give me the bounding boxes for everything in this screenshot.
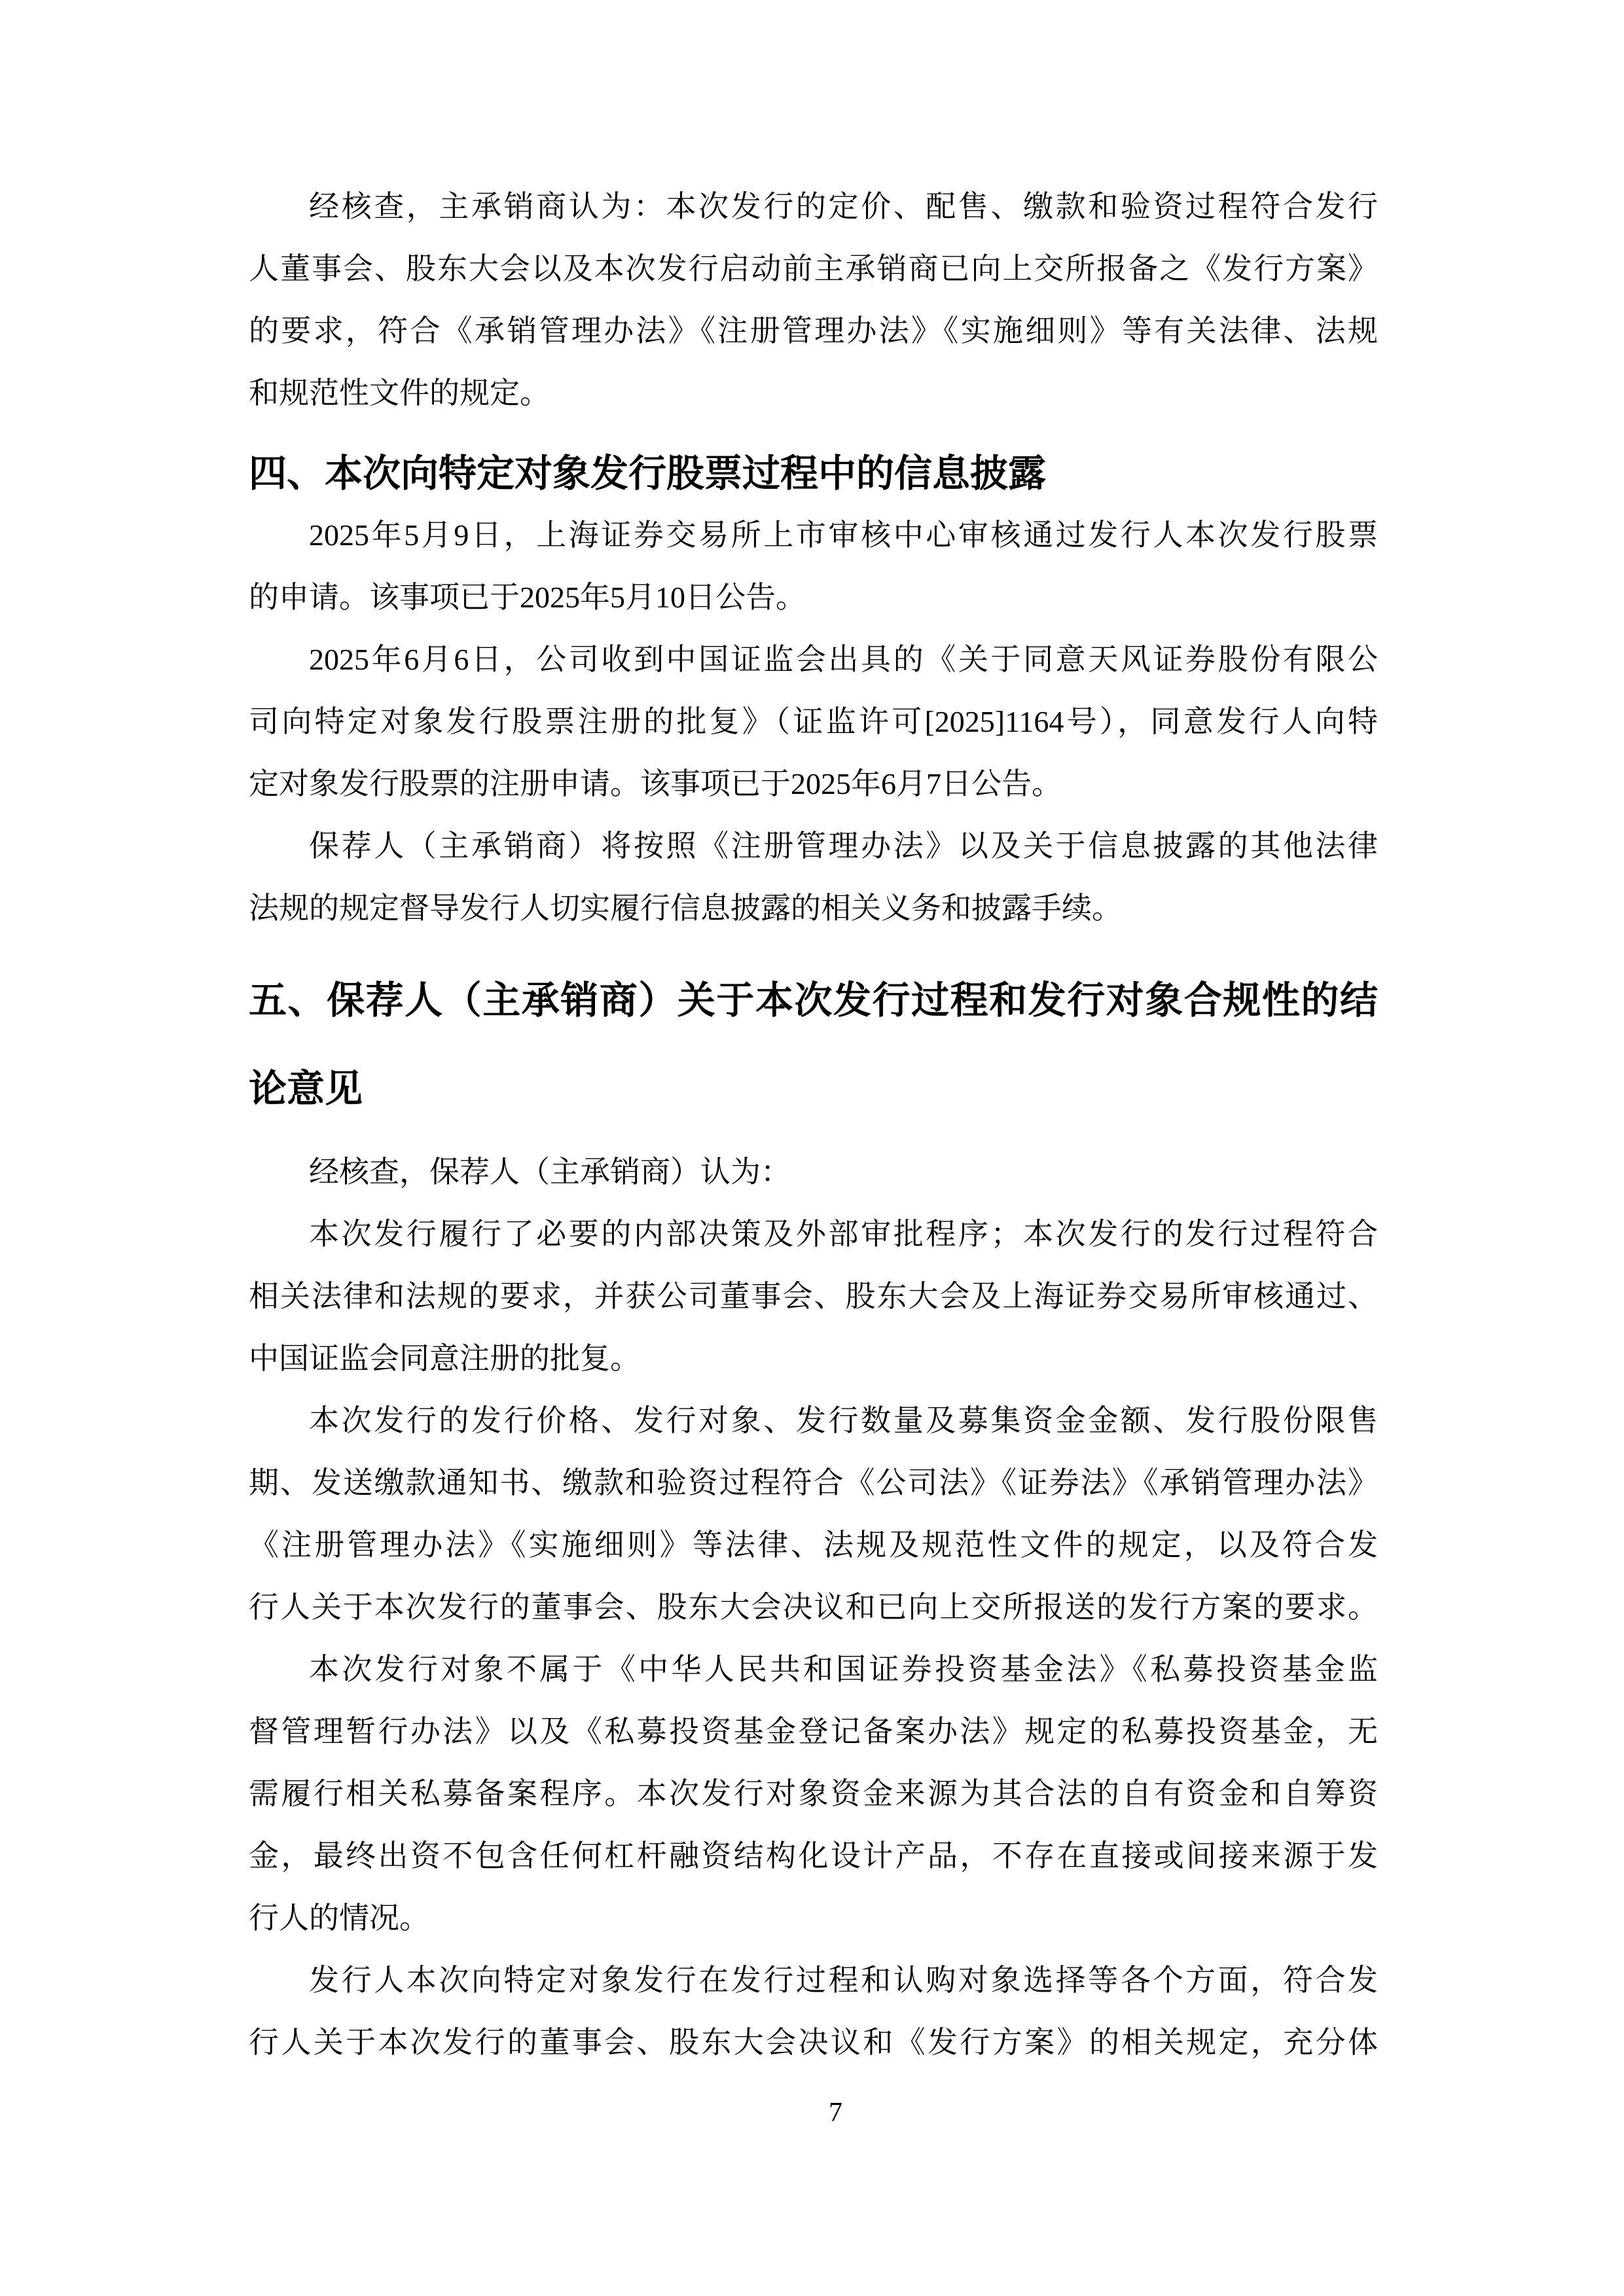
section-heading-4: 四、本次向特定对象发行股票过程中的信息披露 [249,441,1378,507]
text-line: 本次发行的发行价格、发行对象、发行数量及募集资金金额、发行股份限售 [249,1390,1378,1452]
paragraph-issuance-terms-compliance: 本次发行的发行价格、发行对象、发行数量及募集资金金额、发行股份限售 期、发送缴款… [249,1390,1378,1638]
text-line: 相关法律和法规的要求，并获公司董事会、股东大会及上海证券交易所审核通过、 [249,1265,1378,1327]
paragraph-sponsor-opinion-intro: 经核查，保荐人（主承销商）认为： [249,1141,1378,1203]
page-number: 7 [829,2098,842,2128]
text-line: 本次发行履行了必要的内部决策及外部审批程序；本次发行的发行过程符合 [249,1203,1378,1265]
text-line: 2025年5月9日，上海证券交易所上市审核中心审核通过发行人本次发行股票 [249,504,1378,566]
text-line: 行人关于本次发行的董事会、股东大会决议和《发行方案》的相关规定，充分体 [249,2011,1378,2073]
text-line: 的申请。该事项已于2025年5月10日公告。 [249,566,1378,628]
text-line: 期、发送缴款通知书、缴款和验资过程符合《公司法》《证券法》《承销管理办法》 [249,1452,1378,1514]
heading-line: 四、本次向特定对象发行股票过程中的信息披露 [249,441,1378,507]
paragraph-verification-pricing: 经核查，主承销商认为：本次发行的定价、配售、缴款和验资过程符合发行 人董事会、股… [249,175,1378,424]
page-footer: 7 [0,2094,1624,2131]
text-line: 和规范性文件的规定。 [249,362,1378,424]
section-heading-5: 五、保荐人（主承销商）关于本次发行过程和发行对象合规性的结 论意见 [249,956,1378,1133]
paragraph-csrc-approval: 2025年6月6日，公司收到中国证监会出具的《关于同意天风证券股份有限公 司向特… [249,628,1378,815]
heading-line: 论意见 [249,1045,1378,1133]
paragraph-procedures-compliance: 本次发行履行了必要的内部决策及外部审批程序；本次发行的发行过程符合 相关法律和法… [249,1203,1378,1390]
text-line: 本次发行对象不属于《中华人民共和国证券投资基金法》《私募投资基金监 [249,1638,1378,1700]
document-content: 经核查，主承销商认为：本次发行的定价、配售、缴款和验资过程符合发行 人董事会、股… [249,175,1378,2073]
text-line: 经核查，保荐人（主承销商）认为： [249,1141,1378,1203]
text-line: 人董事会、股东大会以及本次发行启动前主承销商已向上交所报备之《发行方案》 [249,238,1378,300]
text-line: 经核查，主承销商认为：本次发行的定价、配售、缴款和验资过程符合发行 [249,175,1378,238]
paragraph-process-selection-compliance: 发行人本次向特定对象发行在发行过程和认购对象选择等各个方面，符合发 行人关于本次… [249,1949,1378,2073]
text-line: 中国证监会同意注册的批复。 [249,1327,1378,1390]
text-line: 定对象发行股票的注册申请。该事项已于2025年6月7日公告。 [249,753,1378,815]
text-line: 金，最终出资不包含任何杠杆融资结构化设计产品，不存在直接或间接来源于发 [249,1825,1378,1887]
text-line: 《注册管理办法》《实施细则》等法律、法规及规范性文件的规定，以及符合发 [249,1514,1378,1576]
text-line: 法规的规定督导发行人切实履行信息披露的相关义务和披露手续。 [249,877,1378,939]
text-line: 行人的情况。 [249,1887,1378,1949]
text-line: 督管理暂行办法》以及《私募投资基金登记备案办法》规定的私募投资基金，无 [249,1700,1378,1763]
document-page: 经核查，主承销商认为：本次发行的定价、配售、缴款和验资过程符合发行 人董事会、股… [0,0,1624,2296]
text-line: 2025年6月6日，公司收到中国证监会出具的《关于同意天风证券股份有限公 [249,628,1378,691]
text-line: 需履行相关私募备案程序。本次发行对象资金来源为其合法的自有资金和自筹资 [249,1763,1378,1825]
text-line: 司向特定对象发行股票注册的批复》（证监许可[2025]1164号），同意发行人向… [249,691,1378,753]
text-line: 发行人本次向特定对象发行在发行过程和认购对象选择等各个方面，符合发 [249,1949,1378,2011]
heading-line: 五、保荐人（主承销商）关于本次发行过程和发行对象合规性的结 [249,956,1378,1045]
text-line: 行人关于本次发行的董事会、股东大会决议和已向上交所报送的发行方案的要求。 [249,1576,1378,1638]
paragraph-sse-approval: 2025年5月9日，上海证券交易所上市审核中心审核通过发行人本次发行股票 的申请… [249,504,1378,628]
paragraph-sponsor-disclosure-duty: 保荐人（主承销商）将按照《注册管理办法》以及关于信息披露的其他法律 法规的规定督… [249,815,1378,939]
text-line: 的要求，符合《承销管理办法》《注册管理办法》《实施细则》等有关法律、法规 [249,300,1378,362]
text-line: 保荐人（主承销商）将按照《注册管理办法》以及关于信息披露的其他法律 [249,815,1378,877]
paragraph-private-fund-status: 本次发行对象不属于《中华人民共和国证券投资基金法》《私募投资基金监 督管理暂行办… [249,1638,1378,1949]
